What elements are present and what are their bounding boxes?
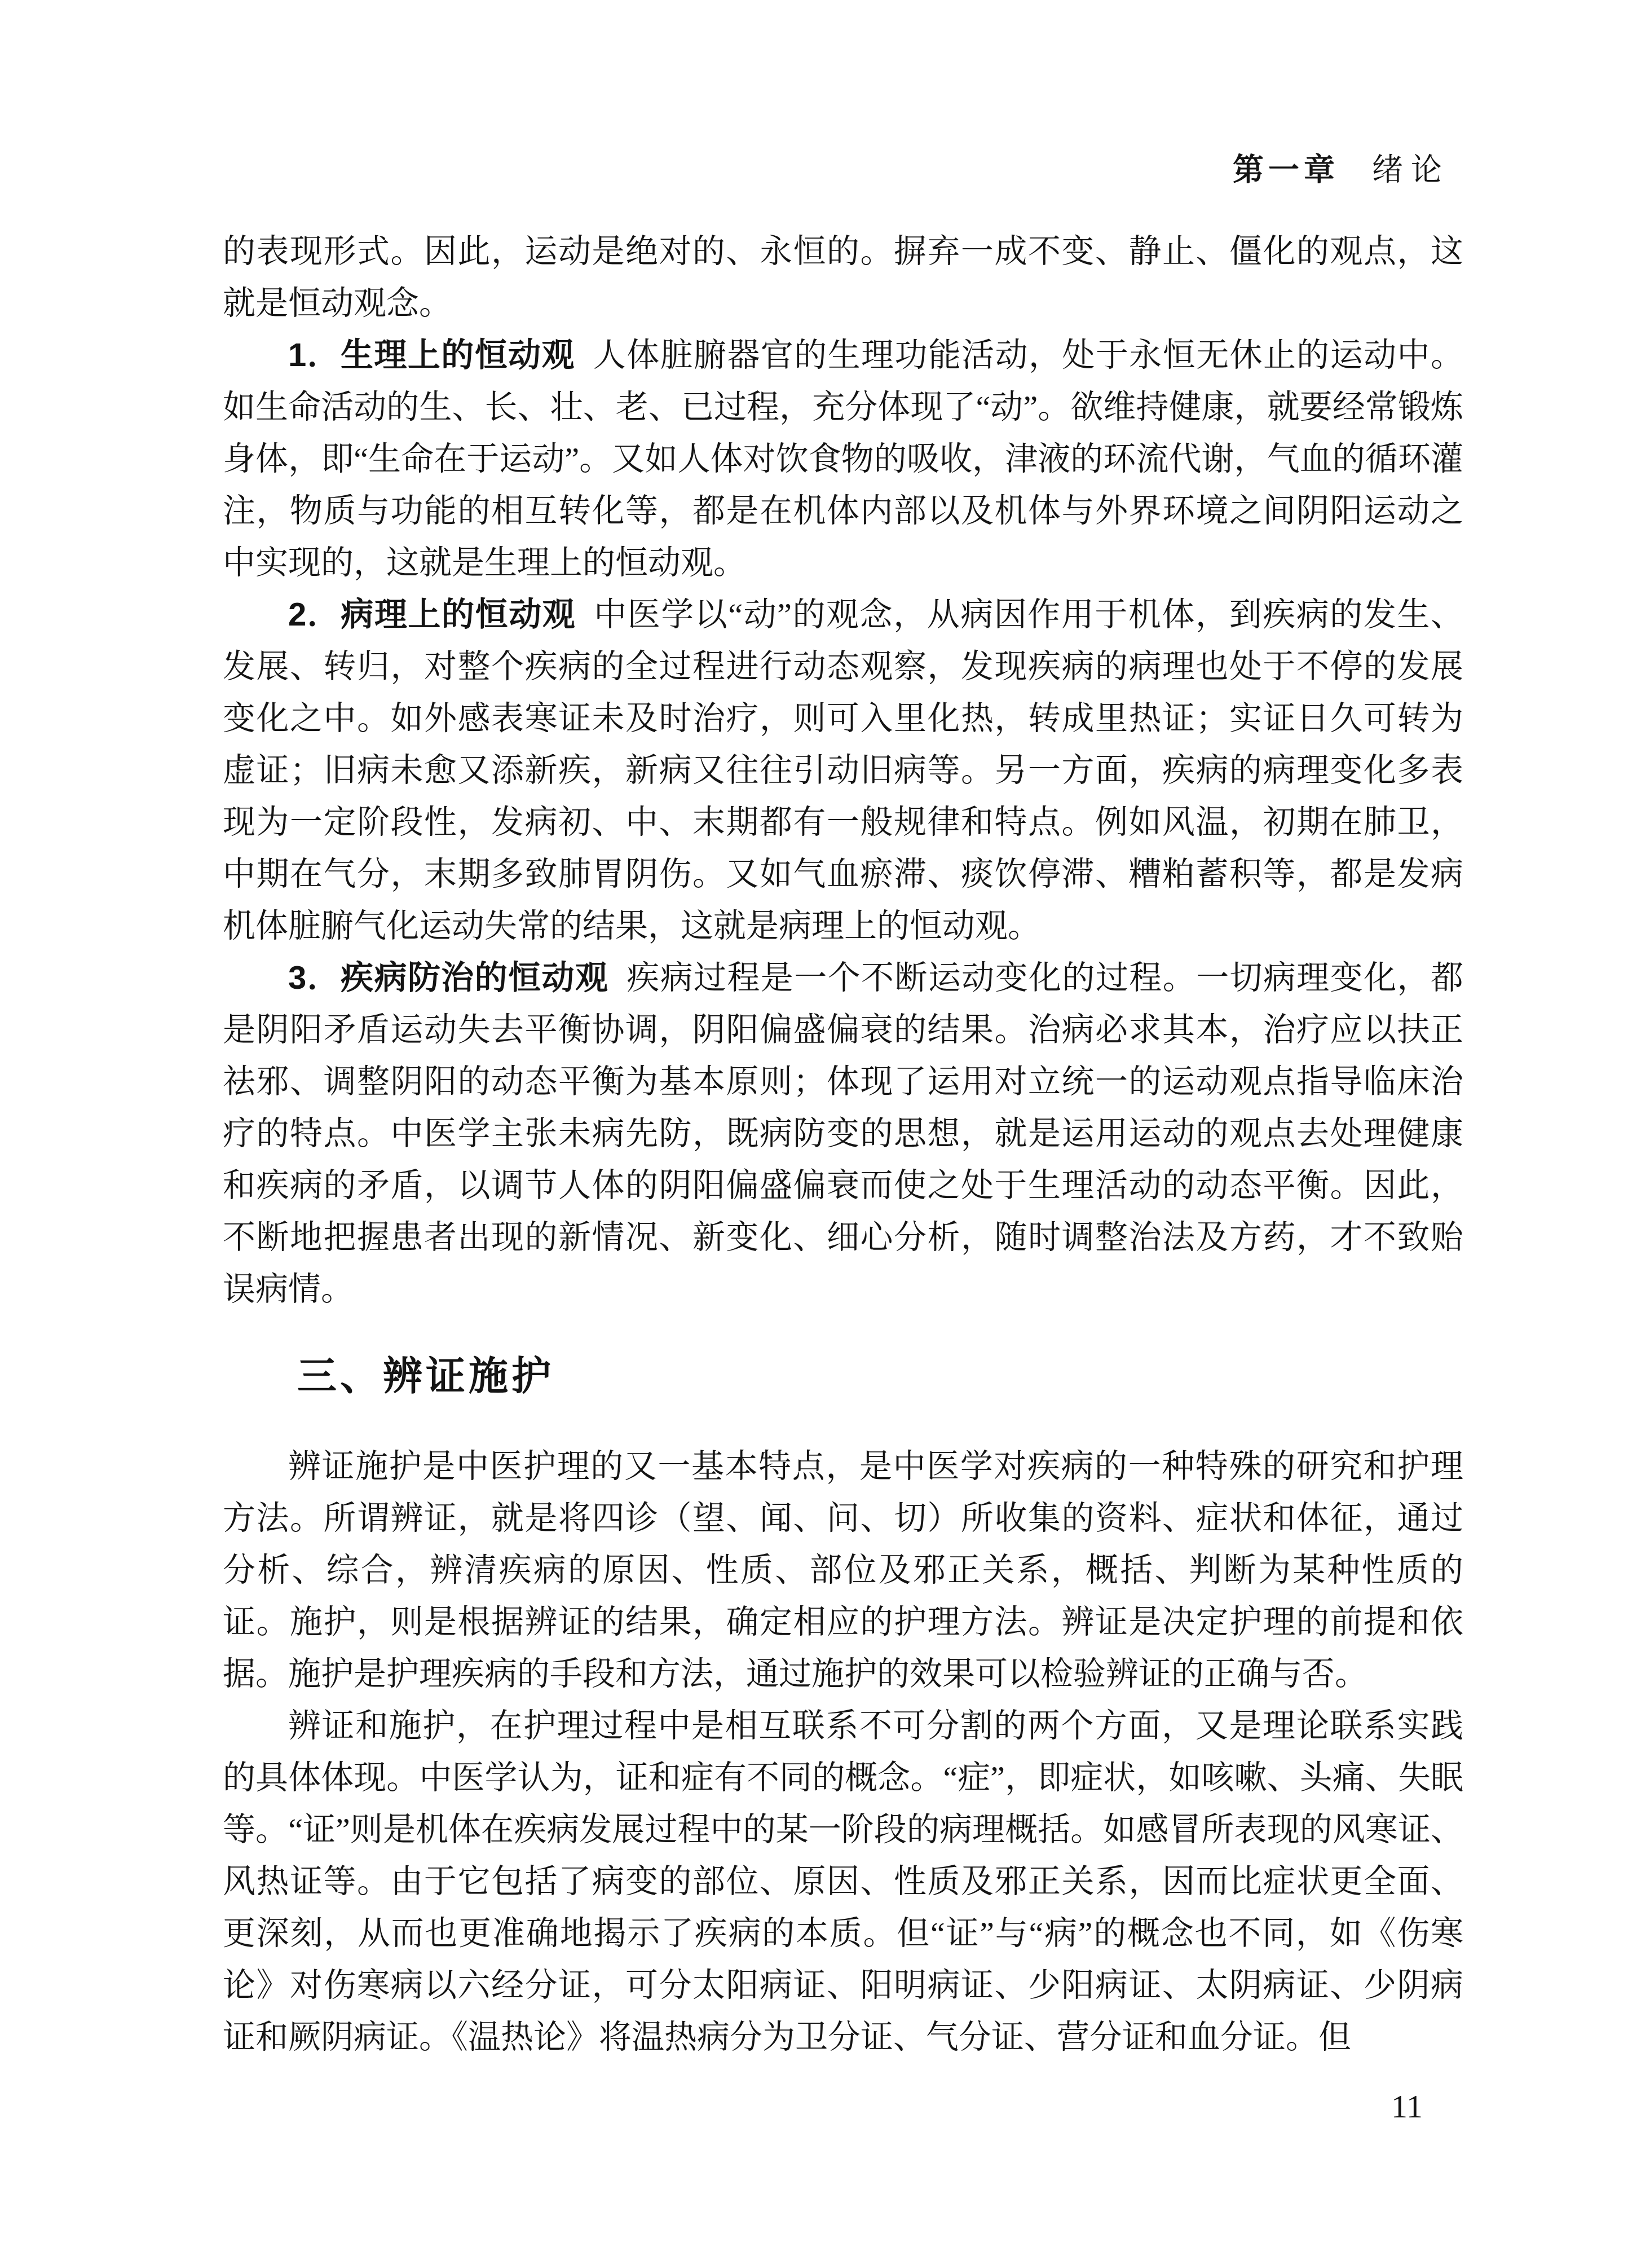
- chapter-label: 第一章: [1233, 152, 1339, 187]
- textbook-page: 第一章绪论 的表现形式。因此，运动是绝对的、永恒的。摒弃一成不变、静止、僵化的观…: [0, 0, 1628, 2268]
- paragraph-bianzheng-2: 辨证和施护，在护理过程中是相互联系不可分割的两个方面，又是理论联系实践的具体体现…: [223, 1700, 1463, 2063]
- paragraph-bianzheng-1: 辨证施护是中医护理的又一基本特点，是中医学对疾病的一种特殊的研究和护理方法。所谓…: [223, 1441, 1463, 1700]
- paragraph-continued: 的表现形式。因此，运动是绝对的、永恒的。摒弃一成不变、静止、僵化的观点，这就是恒…: [223, 226, 1463, 329]
- paragraph-numbered-3: 3．疾病防治的恒动观疾病过程是一个不断运动变化的过程。一切病理变化，都是阴阳矛盾…: [223, 952, 1463, 1315]
- paragraph-1-lead: 1．生理上的恒动观: [288, 337, 575, 373]
- section-heading: 三、辨证施护: [297, 1348, 1463, 1404]
- chapter-title: 绪论: [1372, 152, 1450, 187]
- paragraph-numbered-1: 1．生理上的恒动观人体脏腑器官的生理功能活动，处于永恒无休止的运动中。如生命活动…: [223, 329, 1463, 589]
- paragraph-2-lead: 2．病理上的恒动观: [288, 596, 576, 633]
- paragraph-numbered-2: 2．病理上的恒动观中医学以“动”的观念，从病因作用于机体，到疾病的发生、发展、转…: [223, 589, 1463, 952]
- running-header: 第一章绪论: [223, 151, 1461, 188]
- paragraph-3-text: 疾病过程是一个不断运动变化的过程。一切病理变化，都是阴阳矛盾运动失去平衡协调，阴…: [223, 959, 1463, 1307]
- paragraph-2-text: 中医学以“动”的观念，从病因作用于机体，到疾病的发生、发展、转归，对整个疾病的全…: [223, 596, 1463, 944]
- paragraph-3-lead: 3．疾病防治的恒动观: [288, 959, 608, 996]
- page-number: 11: [1376, 2087, 1438, 2126]
- body-text: 的表现形式。因此，运动是绝对的、永恒的。摒弃一成不变、静止、僵化的观点，这就是恒…: [223, 226, 1463, 2063]
